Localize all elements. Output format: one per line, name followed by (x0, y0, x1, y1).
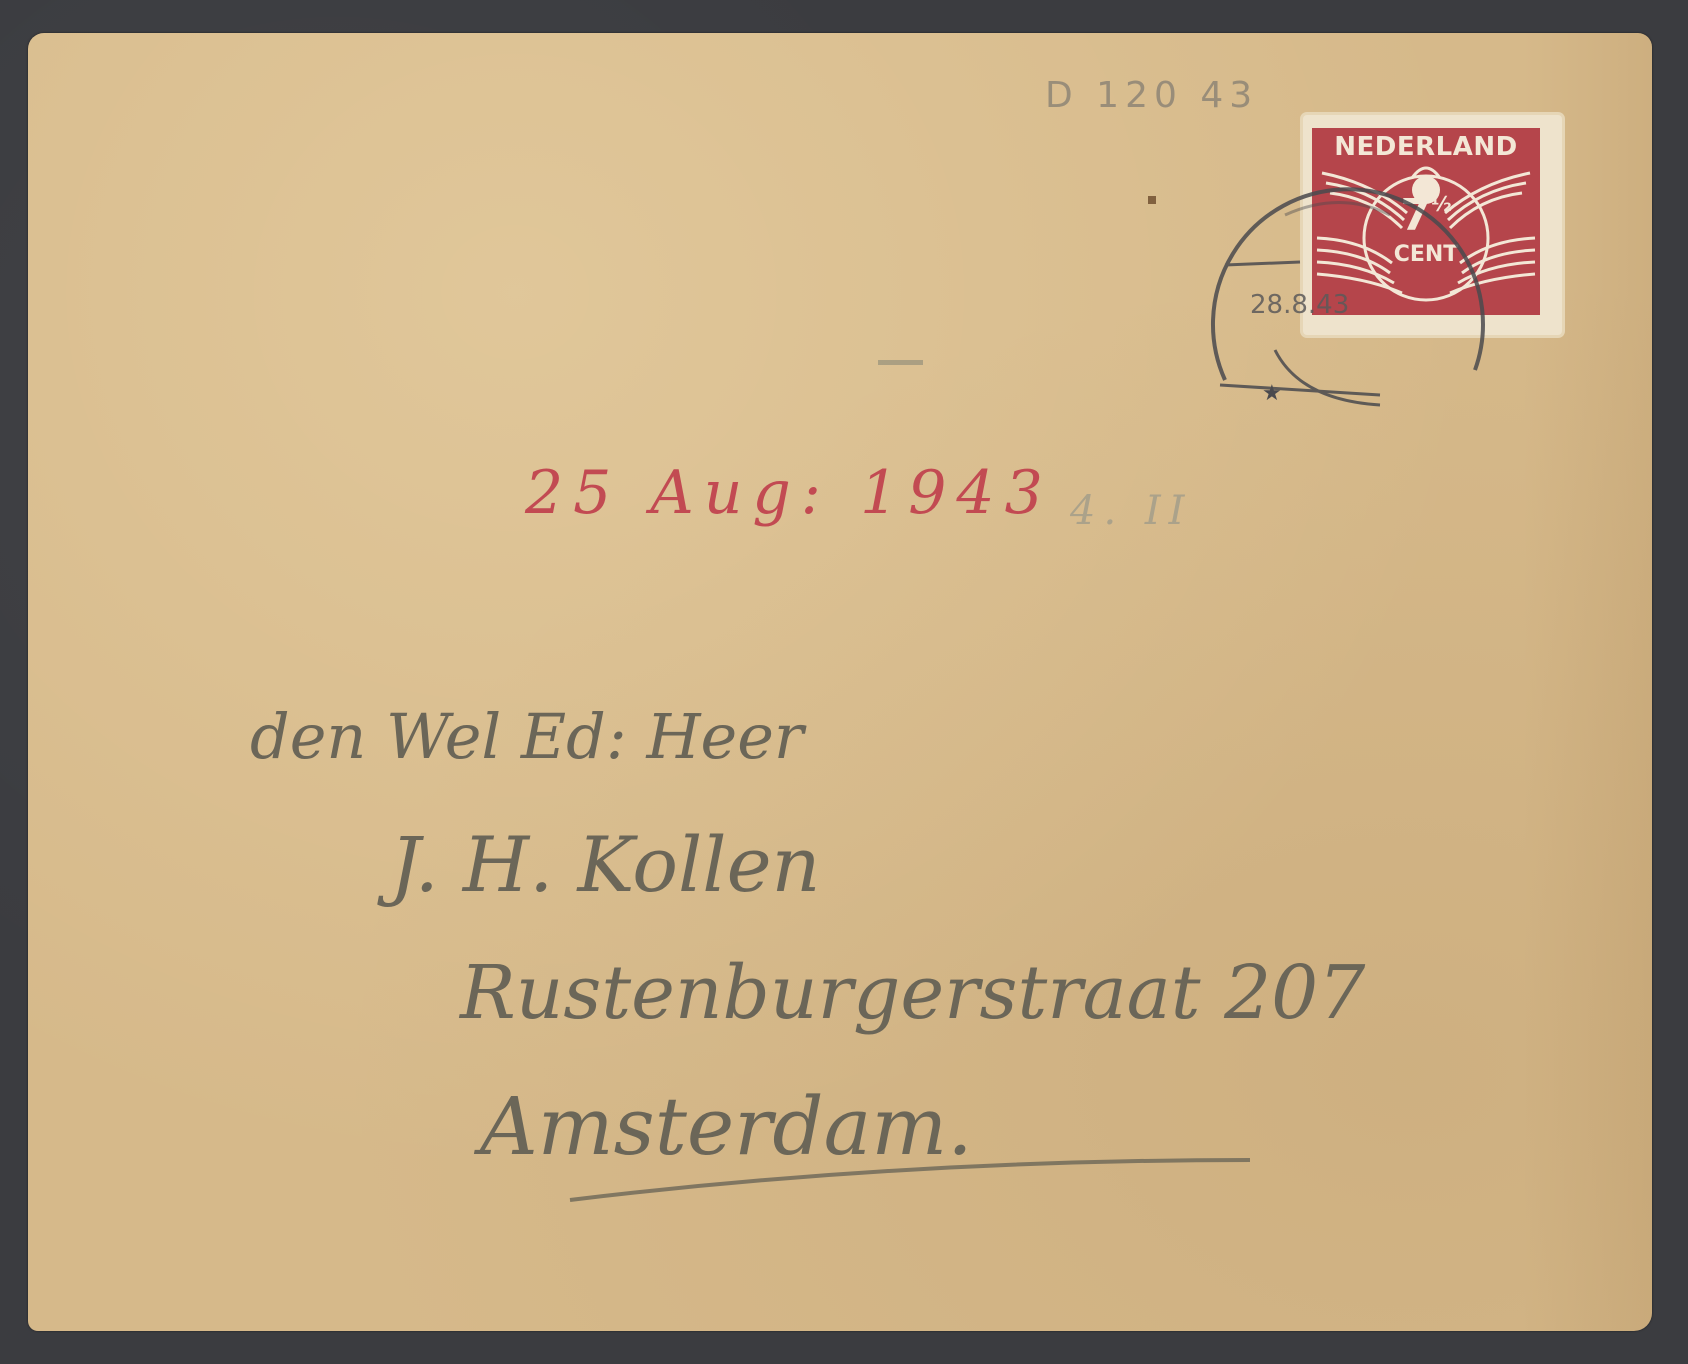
received-date: 25 Aug: 1943 (525, 458, 1053, 528)
stamp-unit: CENT (1312, 242, 1540, 267)
stamp-value: 7½ (1312, 194, 1540, 238)
postmark-date: 28.8.43 (1250, 290, 1349, 320)
address-street: Rustenburgerstraat 207 (460, 950, 1365, 1036)
archive-reference: D 120 43 (1045, 75, 1258, 116)
address-salutation: den Wel Ed: Heer (250, 700, 804, 773)
stamp-design: NEDERLAND 7½ CENT (1312, 128, 1540, 315)
stamp-value-whole: 7 (1400, 190, 1431, 241)
address-recipient-name: J. H. Kollen (390, 820, 821, 909)
stamp-value-fraction: ½ (1431, 194, 1452, 214)
pencil-note: 4. II (1070, 488, 1192, 534)
stamp-country: NEDERLAND (1312, 132, 1540, 162)
address-city: Amsterdam. (480, 1080, 973, 1173)
